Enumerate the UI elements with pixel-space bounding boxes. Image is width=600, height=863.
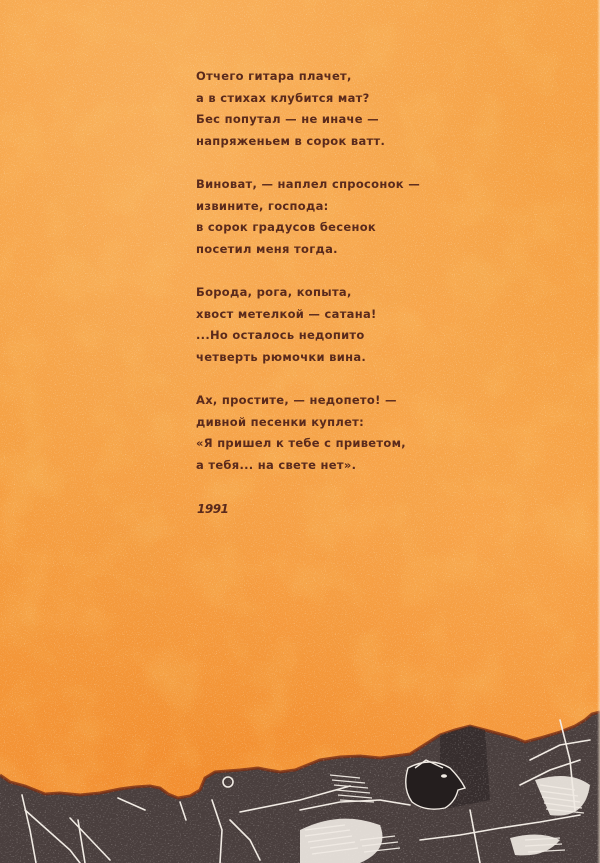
poem-line: посетил меня тогда. (196, 239, 456, 261)
poem-line: напряженьем в сорок ватт. (196, 131, 456, 153)
stanza: Ах, простите, — недопето! —дивной песенк… (196, 390, 456, 476)
stanza: Отчего гитара плачет,а в стихах клубится… (196, 66, 456, 152)
poem-line: Борода, рога, копыта, (196, 282, 456, 304)
poem-line: а тебя... на свете нет». (196, 455, 456, 477)
poem-line: в сорок градусов бесенок (196, 217, 456, 239)
poem-line: дивной песенки куплет: (196, 412, 456, 434)
poem-year: 1991 (197, 502, 228, 516)
poem-line: извините, господа: (196, 196, 456, 218)
stanza: Виноват, — наплел спросонок —извините, г… (196, 174, 456, 260)
poem-line: хвост метелкой — сатана! (196, 304, 456, 326)
woodcut-illustration (0, 690, 600, 863)
poem-line: «Я пришел к тебе с приветом, (196, 433, 456, 455)
stanza: Борода, рога, копыта,хвост метелкой — са… (196, 282, 456, 368)
book-cover: Отчего гитара плачет,а в стихах клубится… (0, 0, 600, 863)
poem-line: Отчего гитара плачет, (196, 66, 456, 88)
poem-line: четверть рюмочки вина. (196, 347, 456, 369)
poem: Отчего гитара плачет,а в стихах клубится… (196, 66, 456, 498)
poem-line: Бес попутал — не иначе — (196, 109, 456, 131)
poem-line: Виноват, — наплел спросонок — (196, 174, 456, 196)
poem-line: Ах, простите, — недопето! — (196, 390, 456, 412)
poem-line: а в стихах клубится мат? (196, 88, 456, 110)
poem-line: ...Но осталось недопито (196, 325, 456, 347)
